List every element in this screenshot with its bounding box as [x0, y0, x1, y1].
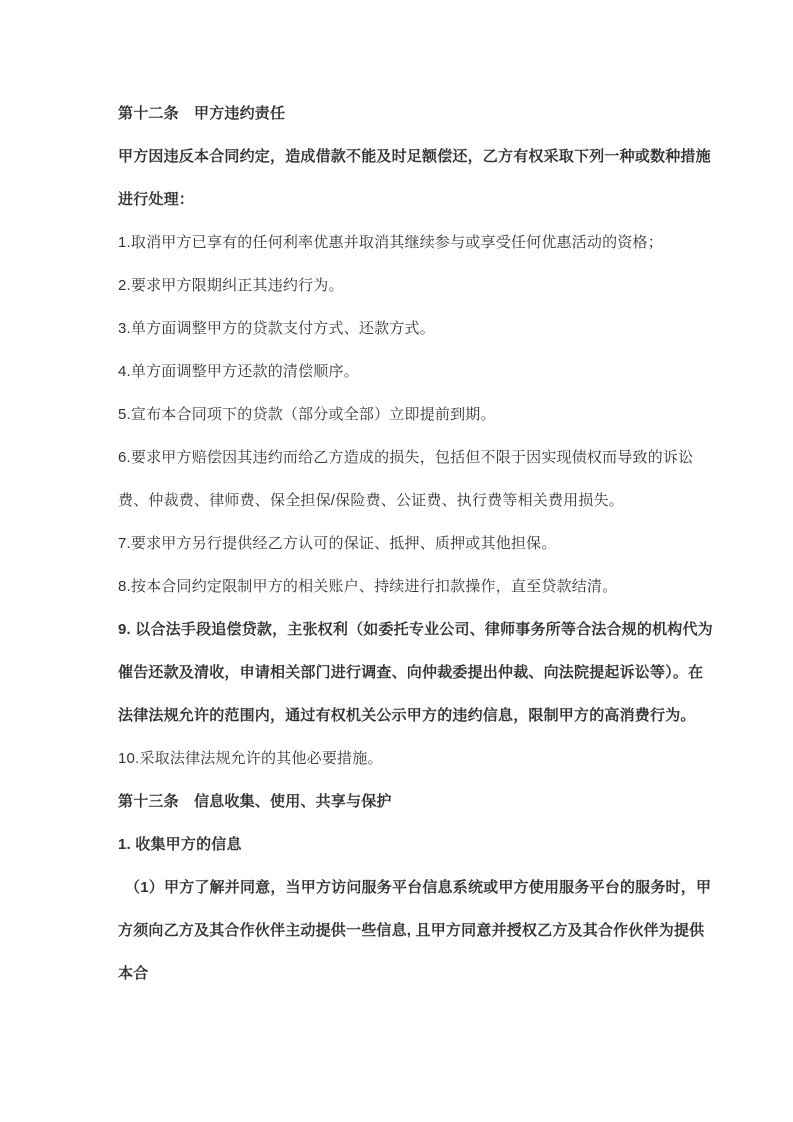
article-12-clause-3: 3.单方面调整甲方的贷款支付方式、还款方式。 [118, 307, 715, 350]
article-12-clause-6: 6.要求甲方赔偿因其违约而给乙方造成的损失，包括但不限于因实现债权而导致的诉讼费… [118, 436, 715, 522]
contract-document-page: 第十二条 甲方违约责任 甲方因违反本合同约定，造成借款不能及时足额偿还，乙方有权… [0, 0, 793, 1122]
article-12-clause-9: 9. 以合法手段追偿贷款，主张权利（如委托专业公司、律师事务所等合法合规的机构代… [118, 608, 715, 737]
article-12-heading: 第十二条 甲方违约责任 [118, 92, 715, 135]
article-13-heading: 第十三条 信息收集、使用、共享与保护 [118, 780, 715, 823]
article-12-clause-7: 7.要求甲方另行提供经乙方认可的保证、抵押、质押或其他担保。 [118, 522, 715, 565]
article-13-sub1-heading: 1. 收集甲方的信息 [118, 823, 715, 866]
article-12-clause-10: 10.采取法律法规允许的其他必要措施。 [118, 737, 715, 780]
article-12-clause-1: 1.取消甲方已享有的任何利率优惠并取消其继续参与或享受任何优惠活动的资格； [118, 221, 715, 264]
article-12-clause-2: 2.要求甲方限期纠正其违约行为。 [118, 264, 715, 307]
article-12-clause-8: 8.按本合同约定限制甲方的相关账户、持续进行扣款操作，直至贷款结清。 [118, 565, 715, 608]
article-13-para-1: （1）甲方了解并同意，当甲方访问服务平台信息系统或甲方使用服务平台的服务时，甲方… [118, 866, 715, 995]
article-12-clause-4: 4.单方面调整甲方还款的清偿顺序。 [118, 350, 715, 393]
article-12-intro: 甲方因违反本合同约定，造成借款不能及时足额偿还，乙方有权采取下列一种或数种措施进… [118, 135, 715, 221]
article-12-clause-5: 5.宣布本合同项下的贷款（部分或全部）立即提前到期。 [118, 393, 715, 436]
